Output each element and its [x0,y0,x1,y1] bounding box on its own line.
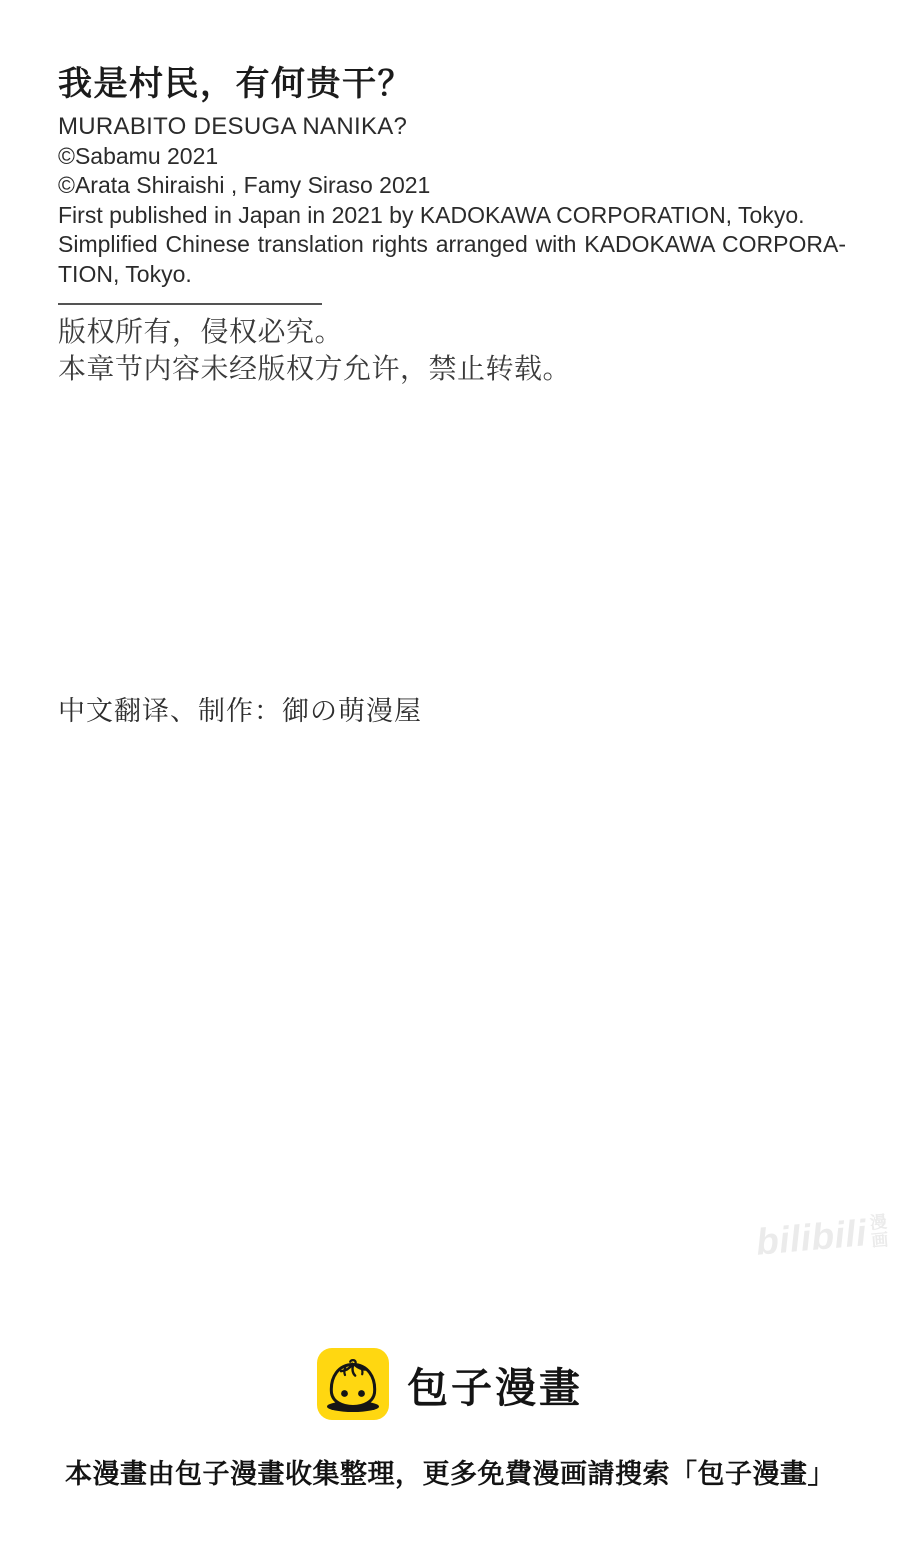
copyright-line: Simplified Chinese translation rights ar… [58,230,846,260]
copyright-line: First published in Japan in 2021 by KADO… [58,201,846,231]
baozi-logo: 包子漫畫 [317,1348,583,1420]
page-title: 我是村民，有何贵干？ [58,56,413,105]
rights-notice-line: 本章节内容未经版权方允许，禁止转载。 [58,350,571,387]
bilibili-wordmark: bilibili [754,1212,868,1264]
divider-line [58,303,322,305]
rights-notice-line: 版权所有，侵权必究。 [58,313,571,350]
bilibili-watermark: bilibili 漫 画 [754,1210,889,1263]
baozi-brand-name: 包子漫畫 [407,1355,583,1414]
translation-credit: 中文翻译、制作：御の萌漫屋 [58,689,422,728]
baozi-bun-icon [317,1348,389,1420]
copyright-line: ©Arata Shiraishi , Famy Siraso 2021 [58,171,846,201]
manga-copyright-page: 我是村民，有何贵干？ MURABITO DESUGA NANIKA? ©Saba… [0,0,900,1566]
copyright-line: ©Sabamu 2021 [58,142,846,172]
bilibili-manga-label: 漫 画 [869,1213,889,1250]
copyright-block: MURABITO DESUGA NANIKA? ©Sabamu 2021 ©Ar… [58,112,846,289]
copyright-line: TION, Tokyo. [58,260,846,290]
rights-notice: 版权所有，侵权必究。 本章节内容未经版权方允许，禁止转载。 [58,313,571,387]
bilibili-manga-char-bottom: 画 [871,1231,890,1250]
footer-note: 本漫畫由包子漫畫收集整理，更多免費漫画請搜索「包子漫畫」 [0,1452,900,1491]
romaji-title: MURABITO DESUGA NANIKA? [58,112,846,142]
